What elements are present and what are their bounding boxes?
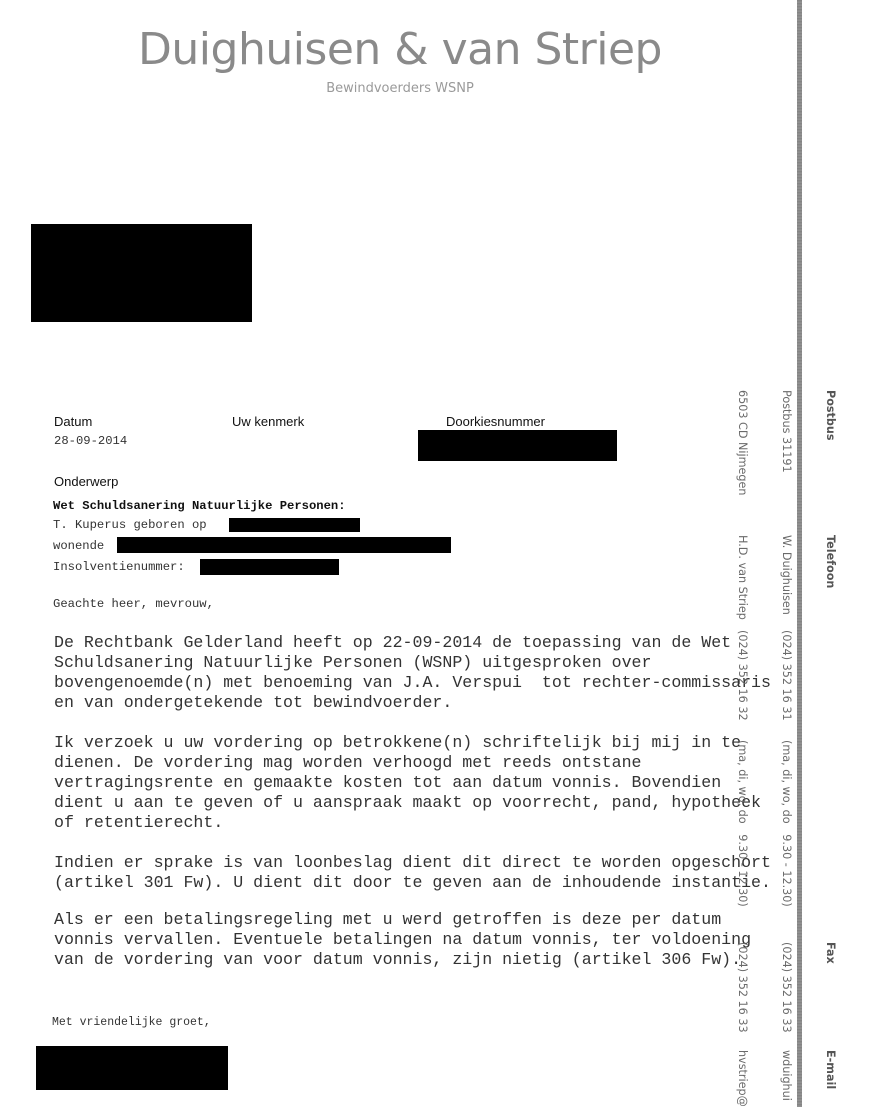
- footer-telefoon-numbers: (024) 352 16 31 (024) 352 16 32: [705, 630, 866, 721]
- company-tagline: Bewindvoerders WSNP: [0, 81, 800, 97]
- extension-label: Doorkiesnummer: [446, 414, 545, 430]
- paragraph-line: of retentierecht.: [54, 813, 761, 833]
- redacted-birthdate: [229, 518, 360, 532]
- footer-telefoon-hours-line: (ma, di, wo, do 9.30 - 12.30): [735, 740, 750, 907]
- footer-fax-line: (024) 352 16 33: [735, 942, 750, 1033]
- footer-postbus-heading: Postbus: [822, 390, 837, 495]
- closing: Met vriendelijke groet,: [52, 1013, 211, 1033]
- paragraph-wage-garnishment: Indien er sprake is van loonbeslag dient…: [54, 853, 771, 893]
- footer-telefoon-name: H.D. van Striep: [735, 535, 750, 620]
- footer-telefoon-name: W. Duighuisen: [778, 535, 793, 620]
- subject-insolvency-line: Insolventienummer:: [53, 557, 185, 577]
- footer-fax: Fax (024) 352 16 33 (024) 352 16 33: [705, 942, 866, 1033]
- paragraph-line: De Rechtbank Gelderland heeft op 22-09-2…: [54, 633, 771, 653]
- redacted-signature: [36, 1046, 228, 1090]
- contact-footer: Postbus Postbus 31191 6503 CD Nijmegen T…: [806, 0, 866, 1107]
- paragraph-line: Schuldsanering Natuurlijke Personen (WSN…: [54, 653, 771, 673]
- date-value: 28-09-2014: [54, 431, 127, 451]
- paragraph-appointment: De Rechtbank Gelderland heeft op 22-09-2…: [54, 633, 771, 713]
- salutation: Geachte heer, mevrouw,: [53, 594, 214, 614]
- footer-postbus-line: 6503 CD Nijmegen: [735, 390, 750, 495]
- footer-fax-line: (024) 352 16 33: [778, 942, 793, 1033]
- footer-telefoon-heading: Telefoon: [822, 535, 837, 620]
- footer-telefoon: Telefoon W. Duighuisen H.D. van Striep: [705, 535, 866, 620]
- footer-telefoon-number: (024) 352 16 31: [778, 630, 793, 721]
- paragraph-line: dient u aan te geven of u aanspraak maak…: [54, 793, 761, 813]
- footer-postbus: Postbus Postbus 31191 6503 CD Nijmegen: [705, 390, 866, 495]
- footer-postbus-line: Postbus 31191: [778, 390, 793, 495]
- footer-telefoon-hours: (ma, di, wo, do 9.30 - 12.30) (ma, di, w…: [705, 740, 866, 907]
- subject-person-line: T. Kuperus geboren op: [53, 515, 207, 535]
- paragraph-line: Ik verzoek u uw vordering op betrokkene(…: [54, 733, 761, 753]
- paragraph-claim-request: Ik verzoek u uw vordering op betrokkene(…: [54, 733, 761, 833]
- footer-telefoon-hours-line: (ma, di, wo, do 9.30 - 12.30): [778, 740, 793, 907]
- footer-email-heading: E-mail: [822, 1050, 837, 1107]
- subject-label: Onderwerp: [54, 474, 118, 490]
- footer-telefoon-number: (024) 352 16 32: [735, 630, 750, 721]
- paragraph-payment-arrangement: Als er een betalingsregeling met u werd …: [54, 910, 751, 970]
- paragraph-line: vonnis vervallen. Eventuele betalingen n…: [54, 930, 751, 950]
- paragraph-line: en van ondergetekende tot bewindvoerder.: [54, 693, 771, 713]
- redacted-extension-number: [418, 430, 617, 461]
- redacted-address: [117, 537, 451, 553]
- redacted-insolvency-number: [200, 559, 339, 575]
- redacted-recipient-address: [31, 224, 252, 322]
- paragraph-line: dienen. De vordering mag worden verhoogd…: [54, 753, 761, 773]
- subject-title: Wet Schuldsanering Natuurlijke Personen:: [53, 496, 346, 516]
- paragraph-line: van de vordering van voor datum vonnis, …: [54, 950, 751, 970]
- paragraph-line: bovengenoemde(n) met benoeming van J.A. …: [54, 673, 771, 693]
- footer-fax-heading: Fax: [822, 942, 837, 1033]
- footer-email-line: hvstriep@: [735, 1050, 750, 1107]
- company-logo: Duighuisen & van Striep: [0, 24, 800, 76]
- reference-label: Uw kenmerk: [232, 414, 304, 430]
- paragraph-line: Indien er sprake is van loonbeslag dient…: [54, 853, 771, 873]
- date-label: Datum: [54, 414, 92, 430]
- paragraph-line: vertragingsrente en gemaakte kosten tot …: [54, 773, 761, 793]
- paragraph-line: (artikel 301 Fw). U dient dit door te ge…: [54, 873, 771, 893]
- footer-email: E-mail wduighui hvstriep@: [705, 1050, 866, 1107]
- paragraph-line: Als er een betalingsregeling met u werd …: [54, 910, 751, 930]
- subject-residence-line: wonende: [53, 536, 104, 556]
- footer-email-line: wduighui: [778, 1050, 793, 1107]
